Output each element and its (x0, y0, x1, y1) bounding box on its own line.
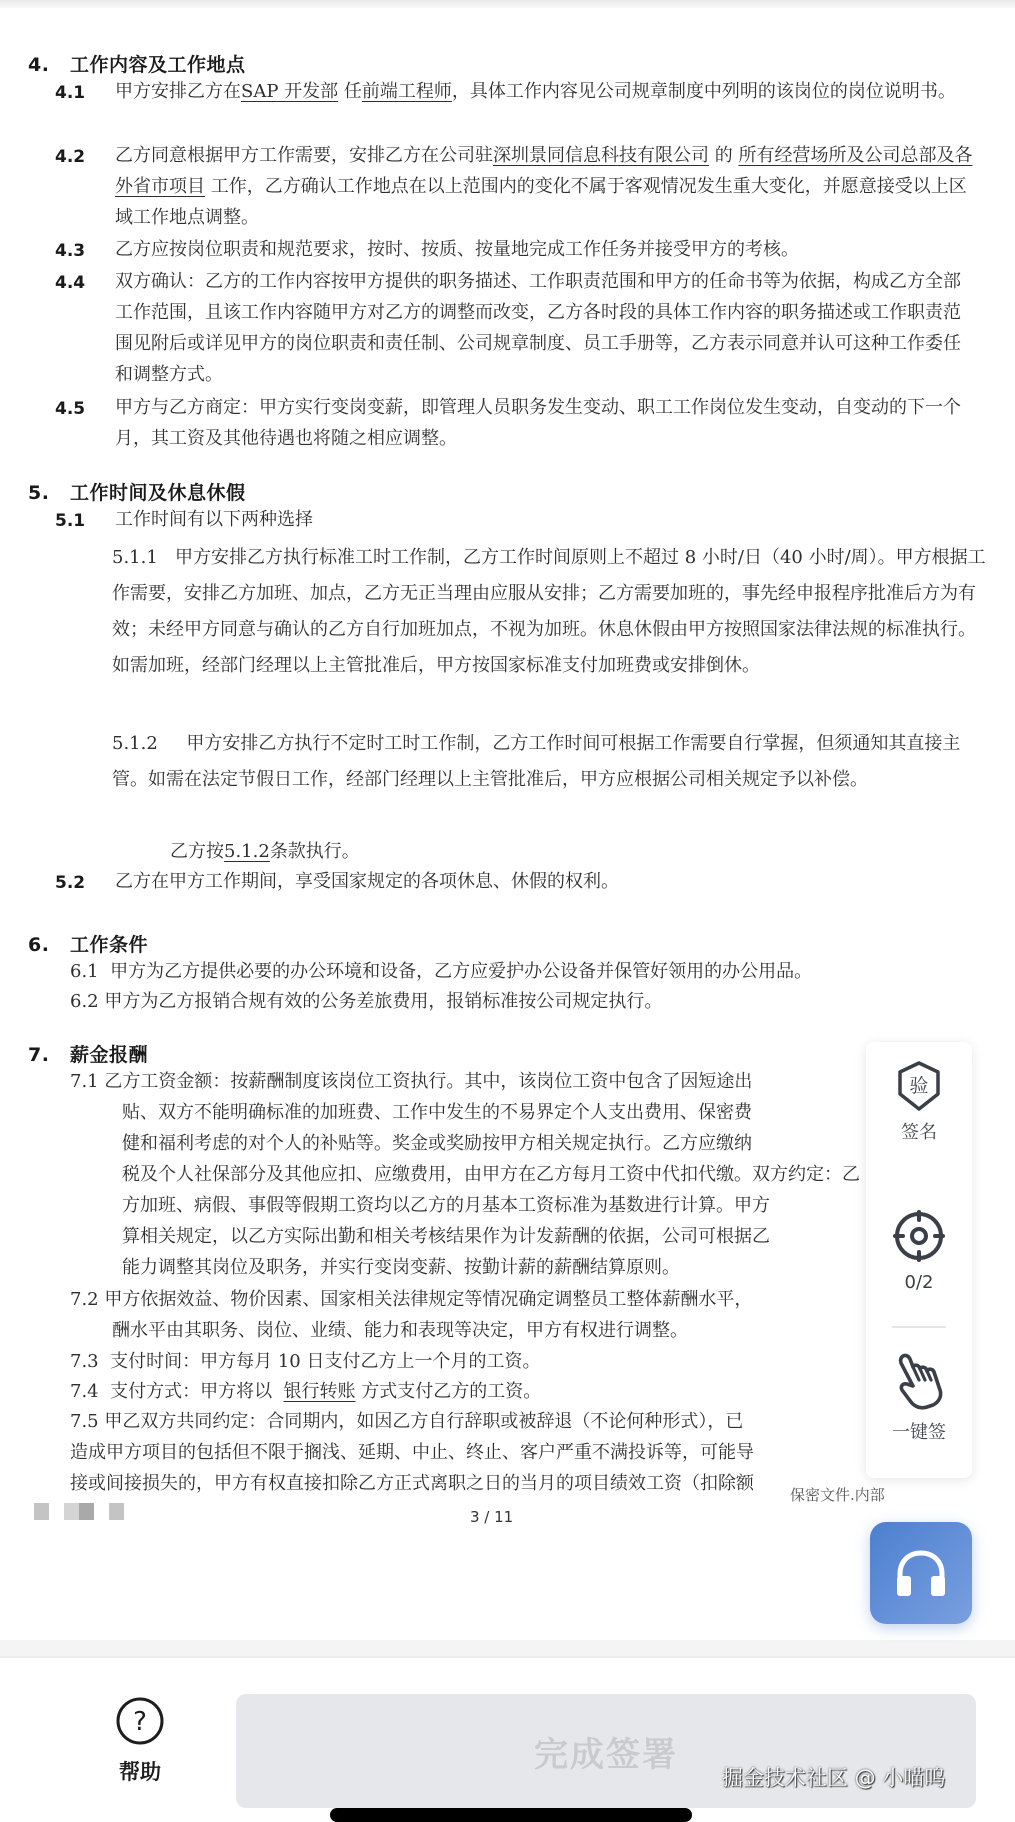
clause-number: 7.5 (70, 1411, 99, 1432)
top-shade (0, 0, 1015, 8)
section-number: 5. (28, 482, 70, 504)
hand-pointer-icon (889, 1350, 949, 1412)
clause-line: 造成甲方项目的包括但不限于搁浅、延期、中止、终止、客户严重不满投诉等，可能导 (70, 1437, 990, 1468)
clause-4-4: 4.4 双方确认：乙方的工作内容按甲方提供的职务描述、工作职责范围和甲方的任命书… (55, 266, 975, 390)
clause-5-1-choice: 乙方按5.1.2条款执行。 (170, 836, 870, 867)
clause-number: 5.1.1 (112, 547, 158, 568)
clause-text: 乙方在甲方工作期间，享受国家规定的各项休息、休假的权利。 (55, 866, 975, 897)
signing-tools-panel: 验 签名 0/2 一键签 (866, 1042, 972, 1478)
clause-number: 7.1 (70, 1071, 99, 1092)
clause-4-5: 4.5 甲方与乙方商定：甲方实行变岗变薪，即管理人员职务发生变动、职工工作岗位发… (55, 392, 975, 454)
fields-progress-label: 0/2 (905, 1272, 934, 1293)
clause-number: 4.1 (55, 78, 85, 109)
clause-line: 税及个人社保部分及其他应扣、应缴费用，由甲方在乙方每月工资中代扣代缴。双方约定：… (70, 1159, 990, 1190)
clause-5-1-1: 5.1.1 甲方安排乙方执行标准工时工作制，乙方工作时间原则上不超过 8 小时/… (112, 540, 992, 684)
section-title: 5.工作时间及休息休假 (28, 478, 246, 505)
one-click-sign-button[interactable]: 一键签 (866, 1350, 972, 1444)
verify-sign-button[interactable]: 验 签名 (866, 1060, 972, 1144)
clause-text: 任 (344, 81, 362, 102)
confidential-label: 保密文件.内部 (790, 1484, 885, 1505)
clause-text: 支付时间：甲方每月 10 日支付乙方上一个月的工资。 (110, 1351, 540, 1372)
clause-5-2: 5.2 乙方在甲方工作期间，享受国家规定的各项休息、休假的权利。 (55, 866, 975, 897)
clause-7-4: 7.4 支付方式：甲方将以 银行转账 方式支付乙方的工资。 (70, 1376, 990, 1407)
help-button[interactable]: ? 帮助 (100, 1696, 180, 1786)
clause-number: 5.1 (55, 506, 85, 537)
clause-text: 甲方为乙方报销合规有效的公务差旅费用，报销标准按公司规定执行。 (104, 991, 662, 1012)
clause-number: 7.2 (70, 1289, 99, 1310)
one-click-sign-label: 一键签 (892, 1418, 946, 1444)
clause-text: 甲方安排乙方执行标准工时工作制，乙方工作时间原则上不超过 8 小时/日（40 小… (112, 547, 986, 676)
section-title: 4.工作内容及工作地点 (28, 50, 246, 77)
clause-line: 甲乙双方共同约定：合同期内，如因乙方自行辞职或被辞退（不论何种形式），已 (104, 1411, 743, 1432)
clause-line: 方加班、病假、事假等假期工资均以乙方的月基本工资标准为基数进行计算。甲方 (70, 1190, 990, 1221)
clause-number: 7.4 (70, 1381, 99, 1402)
crosshair-target-icon (891, 1208, 947, 1264)
section-number: 6. (28, 934, 70, 956)
clause-text: ，具体工作内容见公司规章制度中列明的该岗位的岗位说明书。 (452, 81, 956, 102)
section-heading: 工作时间及休息休假 (70, 482, 246, 504)
clause-number: 7.3 (70, 1351, 99, 1372)
clause-line: 贴、双方不能明确标准的加班费、工作中发生的不易界定个人支出费用、保密费 (70, 1097, 990, 1128)
clause-line: 甲方依据效益、物价因素、国家相关法律规定等情况确定调整员工整体薪酬水平， (104, 1289, 752, 1310)
clause-number: 4.2 (55, 142, 85, 173)
clause-line: 能力调整其岗位及职务，并实行变岗变薪、按勤计薪的薪酬结算原则。 (70, 1252, 990, 1283)
clause-number: 4.4 (55, 268, 85, 299)
clause-text: 乙方按 (170, 841, 224, 862)
locate-fields-button[interactable]: 0/2 (866, 1208, 972, 1293)
clause-7-1: 7.1 乙方工资金额：按薪酬制度该岗位工资执行。其中，该岗位工资中包含了因短途出… (70, 1066, 990, 1283)
clause-5-1: 5.1 工作时间有以下两种选择 (55, 504, 975, 535)
clause-7-2: 7.2 甲方依据效益、物价因素、国家相关法律规定等情况确定调整员工整体薪酬水平，… (70, 1284, 990, 1346)
clause-line: 算相关规定，以乙方实际出勤和相关考核结果作为计发薪酬的依据，公司可根据乙 (70, 1221, 990, 1252)
help-label: 帮助 (119, 1756, 161, 1786)
clause-text: 方式支付乙方的工资。 (361, 1381, 541, 1402)
document-page[interactable]: 4.工作内容及工作地点 4.1 甲方安排乙方在SAP 开发部 任前端工程师，具体… (0, 8, 1015, 1640)
headset-icon (894, 1548, 948, 1598)
clause-number: 6.1 (70, 961, 99, 982)
bottom-action-bar: ? 帮助 完成签署 掘金技术社区 @ 小喵呜 (0, 1656, 1015, 1822)
section-heading: 薪金报酬 (70, 1044, 148, 1066)
clause-6-2: 6.2 甲方为乙方报销合规有效的公务差旅费用，报销标准按公司规定执行。 (70, 986, 990, 1017)
clause-text: 甲方为乙方提供必要的办公环境和设备，乙方应爱护办公设备并保管好领用的办公用品。 (110, 961, 812, 982)
clause-text: 甲方安排乙方执行不定时工时工作制，乙方工作时间可根据工作需要自行掌握，但须通知其… (112, 733, 960, 790)
clause-4-1: 4.1 甲方安排乙方在SAP 开发部 任前端工程师，具体工作内容见公司规章制度中… (55, 76, 975, 107)
clause-text: 工作时间有以下两种选择 (55, 504, 975, 535)
clause-line: 乙方工资金额：按薪酬制度该岗位工资执行。其中，该岗位工资中包含了因短途出 (104, 1071, 752, 1092)
page-indicator: 3 / 11 (470, 1508, 513, 1526)
clause-text: 甲方安排乙方在 (115, 81, 241, 102)
clause-5-1-2: 5.1.2 甲方安排乙方执行不定时工时工作制，乙方工作时间可根据工作需要自行掌握… (112, 726, 992, 798)
question-circle-icon: ? (115, 1696, 165, 1746)
clause-text: 双方确认：乙方的工作内容按甲方提供的职务描述、工作职责范围和甲方的任命书等为依据… (55, 266, 975, 390)
section-heading: 工作内容及工作地点 (70, 54, 246, 76)
clause-6-1: 6.1 甲方为乙方提供必要的办公环境和设备，乙方应爱护办公设备并保管好领用的办公… (70, 956, 990, 987)
position-field: 前端工程师 (362, 81, 452, 102)
section-title: 7.薪金报酬 (28, 1040, 148, 1067)
section-title: 6.工作条件 (28, 930, 148, 957)
section-number: 4. (28, 54, 70, 76)
section-number: 7. (28, 1044, 70, 1066)
finish-signing-label: 完成签署 (534, 1727, 678, 1776)
panel-divider (892, 1326, 946, 1328)
home-indicator[interactable] (330, 1808, 692, 1822)
customer-service-button[interactable] (870, 1522, 972, 1624)
clause-text: 支付方式：甲方将以 (110, 1381, 272, 1402)
clause-line: 酬水平由其职务、岗位、业绩、能力和表现等决定，甲方有权进行调整。 (70, 1315, 990, 1346)
clause-text: 的 (715, 145, 733, 166)
clause-number: 6.2 (70, 991, 99, 1012)
svg-text:验: 验 (909, 1075, 928, 1097)
clause-text: 条款执行。 (270, 841, 360, 862)
clause-number: 5.1.2 (112, 733, 158, 754)
clause-7-3: 7.3 支付时间：甲方每月 10 日支付乙方上一个月的工资。 (70, 1346, 990, 1377)
worktime-choice-field: 5.1.2 (224, 841, 270, 862)
clause-number: 4.3 (55, 236, 85, 267)
verify-sign-label: 签名 (901, 1118, 937, 1144)
clause-number: 5.2 (55, 868, 85, 899)
clause-number: 4.5 (55, 394, 85, 425)
clause-4-2: 4.2 乙方同意根据甲方工作需要，安排乙方在公司驻深圳景同信息科技有限公司 的 … (55, 140, 975, 233)
clause-4-3: 4.3 乙方应按岗位职责和规范要求，按时、按质、按量地完成工作任务并接受甲方的考… (55, 234, 975, 265)
company-field: 深圳景同信息科技有限公司 (493, 145, 709, 166)
verify-shield-icon: 验 (896, 1060, 942, 1112)
section-heading: 工作条件 (70, 934, 148, 956)
department-field: SAP 开发部 (241, 81, 338, 102)
payment-method-field: 银行转账 (284, 1381, 356, 1402)
clause-line: 健和福利考虑的对个人的补贴等。奖金或奖励按甲方相关规定执行。乙方应缴纳 (70, 1128, 990, 1159)
watermark: 掘金技术社区 @ 小喵呜 (722, 1762, 945, 1792)
clause-text: 甲方与乙方商定：甲方实行变岗变薪，即管理人员职务发生变动、职工工作岗位发生变动，… (55, 392, 975, 454)
svg-text:?: ? (133, 1707, 147, 1737)
redacted-logo (34, 1503, 139, 1520)
clause-text: 工作，乙方确认工作地点在以上范围内的变化不属于客观情况发生重大变化，并愿意接受以… (115, 176, 967, 228)
clause-text: 乙方应按岗位职责和规范要求，按时、按质、按量地完成工作任务并接受甲方的考核。 (55, 234, 975, 265)
clause-text: 乙方同意根据甲方工作需要，安排乙方在公司驻 (115, 145, 493, 166)
